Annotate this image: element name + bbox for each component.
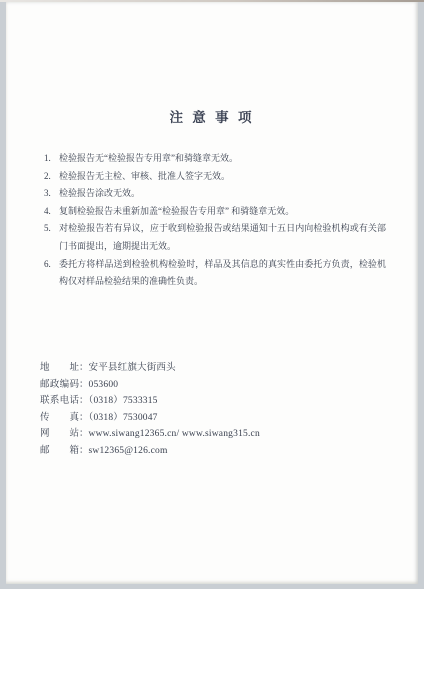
contact-separator: ： [79, 380, 89, 390]
contact-row-email: 邮箱：sw12365@126.com [40, 443, 260, 460]
note-text: 检验报告无主检、审核、批准人签字无效。 [59, 168, 386, 186]
contact-value: （0318）7533315 [89, 396, 158, 406]
contact-value: sw12365@126.com [89, 446, 168, 456]
contact-label: 联系电话 [40, 393, 79, 410]
contact-separator: ： [79, 363, 89, 373]
contact-value: （0318）7530047 [89, 413, 158, 423]
contact-separator: ： [79, 446, 89, 456]
note-number: 3. [44, 185, 59, 203]
note-item: 6. 委托方将样品送到检验机构检验时，样品及其信息的真实性由委托方负责，检验机构… [44, 256, 386, 291]
notes-list: 1. 检验报告无“检验报告专用章”和骑缝章无效。 2. 检验报告无主检、审核、批… [44, 150, 386, 291]
contact-label: 传真 [40, 410, 79, 427]
contact-row-postcode: 邮政编码：053600 [40, 377, 260, 394]
contact-value: www.siwang12365.cn/ www.siwang315.cn [89, 429, 260, 439]
contact-separator: ： [79, 429, 89, 439]
note-item: 5. 对检验报告若有异议，应于收到检验报告或结果通知十五日内向检验机构或有关部门… [44, 220, 386, 255]
contact-row-phone: 联系电话：（0318）7533315 [40, 393, 260, 410]
note-text: 委托方将样品送到检验机构检验时，样品及其信息的真实性由委托方负责，检验机构仅对样… [59, 256, 386, 291]
note-number: 5. [44, 220, 59, 255]
note-item: 4. 复制检验报告未重新加盖“检验报告专用章” 和骑缝章无效。 [44, 203, 386, 221]
contact-row-website: 网站：www.siwang12365.cn/ www.siwang315.cn [40, 426, 260, 443]
paper-sheet: 注 意 事 项 1. 检验报告无“检验报告专用章”和骑缝章无效。 2. 检验报告… [6, 2, 418, 584]
contact-label: 网站 [40, 426, 79, 443]
note-number: 4. [44, 203, 59, 221]
contact-separator: ： [79, 413, 89, 423]
note-item: 1. 检验报告无“检验报告专用章”和骑缝章无效。 [44, 150, 386, 168]
note-text: 检验报告无“检验报告专用章”和骑缝章无效。 [59, 150, 386, 168]
contact-label: 邮箱 [40, 443, 79, 460]
note-number: 6. [44, 256, 59, 291]
note-number: 2. [44, 168, 59, 186]
note-item: 3. 检验报告涂改无效。 [44, 185, 386, 203]
contact-value: 053600 [89, 380, 119, 390]
scanned-document-page: 注 意 事 项 1. 检验报告无“检验报告专用章”和骑缝章无效。 2. 检验报告… [0, 0, 424, 700]
contact-row-fax: 传真：（0318）7530047 [40, 410, 260, 427]
note-text: 对检验报告若有异议，应于收到检验报告或结果通知十五日内向检验机构或有关部门书面提… [59, 220, 386, 255]
contact-info-block: 地址：安平县红旗大街西头 邮政编码：053600 联系电话：（0318）7533… [40, 360, 260, 459]
note-text: 检验报告涂改无效。 [59, 185, 386, 203]
contact-row-address: 地址：安平县红旗大街西头 [40, 360, 260, 377]
note-number: 1. [44, 150, 59, 168]
note-item: 2. 检验报告无主检、审核、批准人签字无效。 [44, 168, 386, 186]
contact-label: 邮政编码 [40, 377, 79, 394]
contact-separator: ： [79, 396, 89, 406]
scanner-background: 注 意 事 项 1. 检验报告无“检验报告专用章”和骑缝章无效。 2. 检验报告… [0, 0, 424, 589]
note-text: 复制检验报告未重新加盖“检验报告专用章” 和骑缝章无效。 [59, 203, 386, 221]
page-title: 注 意 事 项 [6, 106, 418, 126]
contact-value: 安平县红旗大街西头 [89, 363, 176, 373]
contact-label: 地址 [40, 360, 79, 377]
